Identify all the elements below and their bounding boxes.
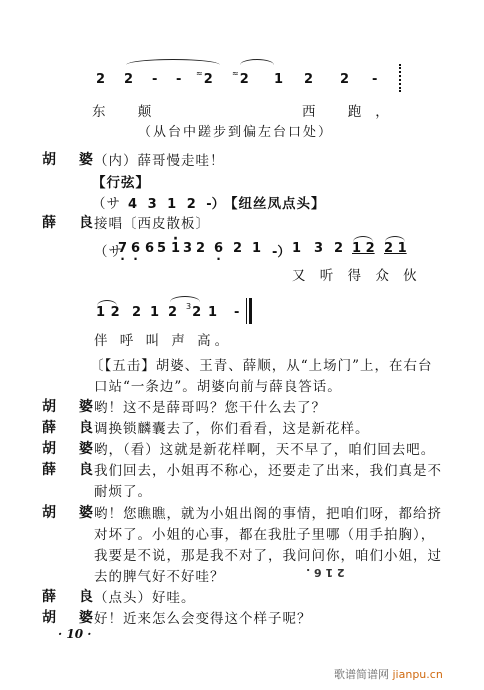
- dialogue-text: （内）薛哥慢走哇！: [94, 149, 225, 169]
- note: 2: [124, 72, 133, 87]
- grace-note: ≈: [232, 69, 239, 78]
- note-group: 1 2: [96, 305, 120, 320]
- dialogue-text: 哟！这不是薛哥吗？您干什么去了？: [94, 396, 326, 416]
- slur-mark: [240, 59, 274, 65]
- grace-note: 3: [186, 302, 191, 311]
- grace-note: ≈: [196, 69, 203, 78]
- lyric: 东 颠: [92, 100, 165, 120]
- role-name: 薛 良: [42, 459, 102, 479]
- dialogue-text: （点头）好哇。: [94, 586, 196, 606]
- dialogue-text: 我们回去，小姐再不称心，还要走了出来，我们真是不: [94, 459, 442, 479]
- dialogue-text: 哟，（看）这就是新花样啊，天不早了，咱们回去吧。: [94, 438, 435, 458]
- note: 6: [131, 241, 140, 256]
- cue-notes: 4 3 1 2 -）: [128, 193, 225, 212]
- cue-suffix: 【纽丝凤点头】: [224, 192, 326, 212]
- dialogue-text: 好！近来怎么会变得这个样子呢？: [94, 607, 312, 627]
- slur-mark: [126, 59, 220, 65]
- note: 2: [132, 305, 141, 320]
- note: 2: [233, 241, 242, 256]
- note-with-grace: 32: [186, 305, 201, 320]
- role-name: 胡 婆: [42, 396, 102, 416]
- role-name: 薛 良: [42, 212, 102, 232]
- aria-cue: 接唱〔西皮散板〕: [94, 212, 210, 232]
- note: 6: [145, 241, 154, 256]
- note: 1: [208, 305, 217, 320]
- role-name: 胡 婆: [42, 502, 102, 522]
- slur-mark: [170, 296, 200, 302]
- note-with-grace: ≈2: [232, 72, 249, 87]
- note: -: [234, 305, 239, 320]
- watermark-site: jianpu.cn: [393, 668, 443, 681]
- final-barline: [249, 298, 252, 324]
- lyric: 西 跑，: [302, 100, 403, 120]
- lyric: 又 听 得 众 伙: [292, 264, 422, 284]
- note: 6: [214, 241, 223, 256]
- dialogue-text: 调换锁麟囊去了，你们看看，这是新花样。: [94, 417, 370, 437]
- dialogue-text: 耐烦了。: [94, 480, 152, 500]
- note: 1: [171, 241, 180, 256]
- note: 2: [96, 72, 105, 87]
- role-name: 胡 婆: [42, 149, 102, 169]
- barline: [246, 298, 247, 324]
- note: 1: [252, 241, 261, 256]
- note: 2: [340, 72, 349, 87]
- dialogue-text: 去的脾气好不好哇？: [94, 565, 225, 585]
- note: 1: [150, 305, 159, 320]
- dialogue-text: 对坏了。小姐的心事，都在我肚子里哪（用手拍胸），: [94, 523, 435, 543]
- note: -）: [272, 241, 290, 260]
- cue-prefix: （サ: [92, 192, 121, 212]
- role-name: 薛 良: [42, 417, 102, 437]
- stage-note-line: 口站“一条边”。胡婆向前与薛良答话。: [94, 375, 342, 395]
- dialogue-text: 我要是不说，那是我不对了，我问问你，咱们小姐，过: [94, 544, 442, 564]
- note: 7: [118, 241, 127, 256]
- stage-direction: （从台中蹉步到偏左台口处）: [138, 121, 333, 140]
- lyric: 伴 呼 叫 声 高。: [94, 329, 232, 349]
- watermark-cn: 歌谱简谱网: [334, 668, 389, 681]
- role-name: 胡 婆: [42, 438, 102, 458]
- note: -: [372, 72, 377, 87]
- page-number: · 10 ·: [58, 627, 91, 641]
- note-with-grace: ≈2: [196, 72, 213, 87]
- note: -: [176, 72, 181, 87]
- stage-note-line: 〔【五击】胡婆、王青、薛顺，从“上场门”上，在右台: [90, 354, 433, 374]
- note-group: 2 1: [384, 241, 407, 256]
- bleed-through-notes: 2 1 6 .: [306, 566, 345, 579]
- note-group: 1 2: [352, 241, 375, 256]
- note: 1: [274, 72, 283, 87]
- watermark: 歌谱简谱网 jianpu.cn: [334, 666, 443, 682]
- note: 5: [157, 241, 166, 256]
- note: 3: [183, 241, 192, 256]
- note: -: [152, 72, 157, 87]
- role-name: 薛 良: [42, 586, 102, 606]
- note: 2: [334, 241, 343, 256]
- cue-text: 【行弦】: [92, 171, 150, 191]
- dialogue-text: 哟！您瞧瞧，就为小姐出阁的事情，把咱们呀，都给挤: [94, 502, 442, 522]
- dotted-barline: [399, 64, 403, 92]
- note: 3: [314, 241, 323, 256]
- note: 2: [196, 241, 205, 256]
- note: 2: [168, 305, 177, 320]
- note: 2: [304, 72, 313, 87]
- role-name: 胡 婆: [42, 607, 102, 627]
- note: 1: [292, 241, 301, 256]
